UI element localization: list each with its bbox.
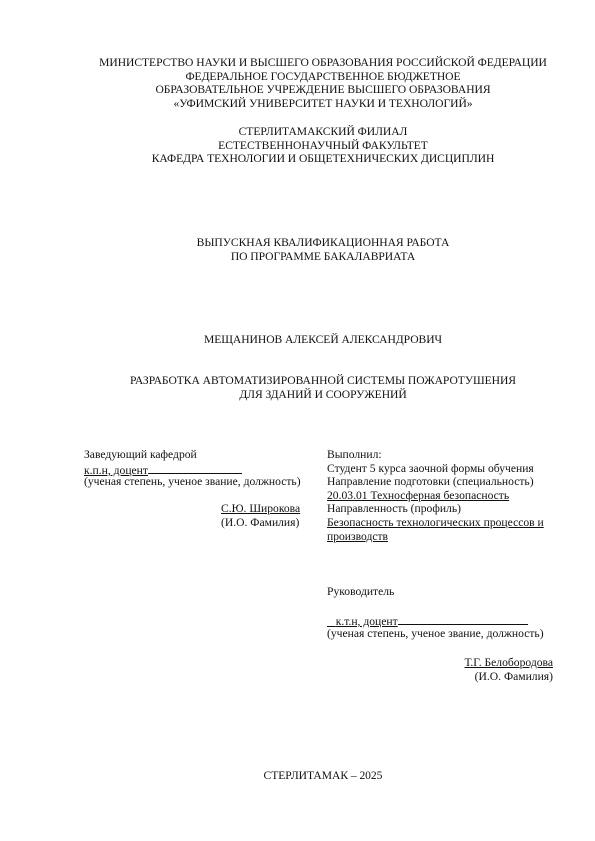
institution-type-line: ОБРАЗОВАТЕЛЬНОЕ УЧРЕЖДЕНИЕ ВЫСШЕГО ОБРАЗ… [0, 83, 595, 97]
thesis-topic: РАЗРАБОТКА АВТОМАТИЗИРОВАННОЙ СИСТЕМЫ ПО… [0, 374, 595, 401]
ministry-header: МИНИСТЕРСТВО НАУКИ И ВЫСШЕГО ОБРАЗОВАНИЯ… [0, 56, 595, 110]
direction-value: 20.03.01 Техносферная безопасность [327, 489, 544, 503]
head-of-department-block: Заведующий кафедрой к.п.н, доцент (учена… [84, 448, 301, 489]
student-block: Выполнил: Студент 5 курса заочной формы … [327, 448, 544, 543]
institution-type-line: ФЕДЕРАЛЬНОЕ ГОСУДАРСТВЕННОЕ БЮДЖЕТНОЕ [0, 70, 595, 84]
work-type-line: ПО ПРОГРАММЕ БАКАЛАВРИАТА [0, 250, 595, 264]
supervisor-name-caption: (И.О. Фамилия) [475, 670, 553, 684]
branch-header: СТЕРЛИТАМАКСКИЙ ФИЛИАЛ ЕСТЕСТВЕННОНАУЧНЫ… [0, 125, 595, 166]
head-degree-field: к.п.н, доцент [84, 462, 301, 476]
head-degree-caption: (ученая степень, ученое звание, должност… [84, 475, 301, 489]
profile-label: Направленность (профиль) [327, 502, 544, 516]
department-name: КАФЕДРА ТЕХНОЛОГИИ И ОБЩЕТЕХНИЧЕСКИХ ДИС… [0, 152, 595, 166]
supervisor-label: Руководитель [327, 585, 394, 599]
head-name: С.Ю. Широкова [221, 502, 300, 516]
faculty-name: ЕСТЕСТВЕННОНАУЧНЫЙ ФАКУЛЬТЕТ [0, 139, 595, 153]
ministry-line: МИНИСТЕРСТВО НАУКИ И ВЫСШЕГО ОБРАЗОВАНИЯ… [0, 56, 595, 70]
university-name: «УФИМСКИЙ УНИВЕРСИТЕТ НАУКИ И ТЕХНОЛОГИЙ… [0, 97, 595, 111]
city-year-text: СТЕРЛИТАМАК – 2025 [0, 769, 595, 783]
signature-line [148, 462, 242, 474]
supervisor-name: Т.Г. Белобородова [464, 656, 553, 670]
author-name-text: МЕЩАНИНОВ АЛЕКСЕЙ АЛЕКСАНДРОВИЧ [0, 333, 595, 347]
profile-value: Безопасность технологических процессов и [327, 516, 544, 530]
supervisor-degree-caption: (ученая степень, ученое звание, должност… [327, 627, 544, 641]
student-label: Выполнил: [327, 448, 544, 462]
author-name: МЕЩАНИНОВ АЛЕКСЕЙ АЛЕКСАНДРОВИЧ [0, 333, 595, 347]
city-year: СТЕРЛИТАМАК – 2025 [0, 769, 595, 783]
student-course: Студент 5 курса заочной формы обучения [327, 462, 544, 476]
topic-line: ДЛЯ ЗДАНИЙ И СООРУЖЕНИЙ [0, 388, 595, 402]
head-name-caption: (И.О. Фамилия) [221, 516, 299, 530]
topic-line: РАЗРАБОТКА АВТОМАТИЗИРОВАННОЙ СИСТЕМЫ ПО… [0, 374, 595, 388]
profile-value-continued: производств [327, 530, 544, 544]
head-label: Заведующий кафедрой [84, 448, 301, 462]
work-type-line: ВЫПУСКНАЯ КВАЛИФИКАЦИОННАЯ РАБОТА [0, 236, 595, 250]
work-type: ВЫПУСКНАЯ КВАЛИФИКАЦИОННАЯ РАБОТА ПО ПРО… [0, 236, 595, 263]
signature-line [398, 613, 528, 625]
direction-label: Направление подготовки (специальность) [327, 475, 544, 489]
branch-name: СТЕРЛИТАМАКСКИЙ ФИЛИАЛ [0, 125, 595, 139]
